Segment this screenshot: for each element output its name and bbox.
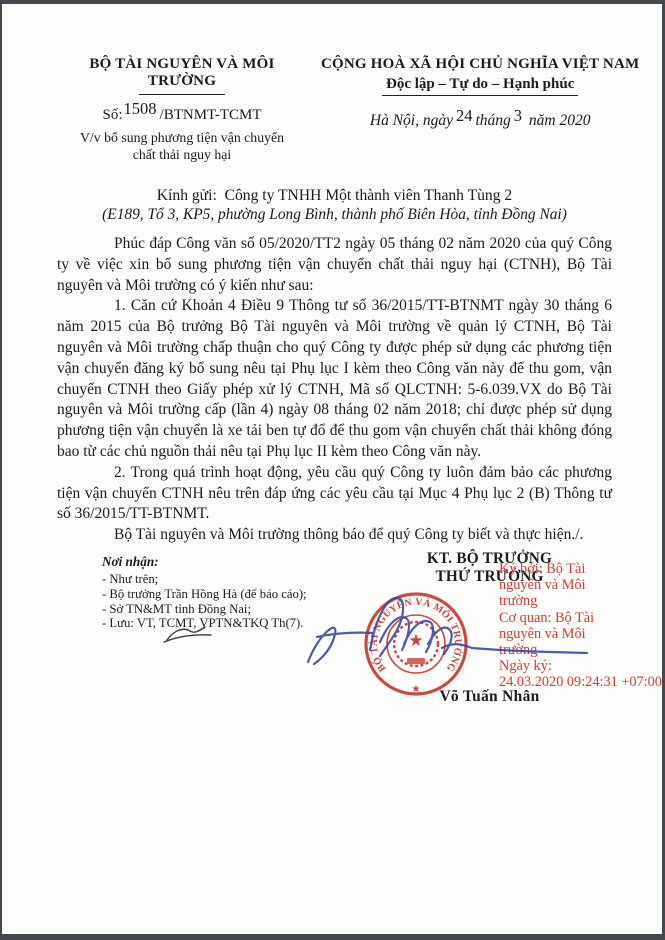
letter-footer: Nơi nhận: - Như trên; - Bộ trưởng Trần H… <box>57 550 612 802</box>
official-letter-page: BỘ TÀI NGUYÊN VÀ MÔI TRƯỜNG Số:1508/BTNM… <box>0 0 665 940</box>
date-month-label: tháng <box>475 112 510 129</box>
closing-main: Bộ Tài nguyên và Môi trường thông báo để… <box>114 526 513 543</box>
paragraph-closing: Bộ Tài nguyên và Môi trường thông báo để… <box>57 525 612 546</box>
subject-line-1: V/v bổ sung phương tiện vận chuyển <box>57 129 307 146</box>
paragraph-item-1: 1. Căn cứ Khoản 4 Điều 9 Thông tư số 36/… <box>57 296 612 462</box>
org-underline <box>139 94 225 95</box>
document-subject: V/v bổ sung phương tiện vận chuyển chất … <box>57 129 307 163</box>
recipients-list-item: - Bộ trưởng Trần Hồng Hà (để báo cáo); <box>102 587 307 602</box>
national-motto: Độc lập – Tự do – Hạnh phúc <box>321 76 639 93</box>
date-month-filled: 3 <box>511 106 525 125</box>
letterhead-national-block: CỘNG HOÀ XÃ HỘI CHỦ NGHĨA VIỆT NAM Độc l… <box>307 56 639 163</box>
recipient-address: (E189, Tổ 3, KP5, phường Long Bình, thàn… <box>57 205 612 224</box>
signature-tail <box>442 644 587 653</box>
letterhead: BỘ TÀI NGUYÊN VÀ MÔI TRƯỜNG Số:1508/BTNM… <box>57 56 612 163</box>
doc-no-label: Số: <box>103 107 123 123</box>
issuing-ministry-name: BỘ TÀI NGUYÊN VÀ MÔI TRƯỜNG <box>57 56 307 90</box>
recipient-block: Kính gửi: Công ty TNHH Một thành viên Th… <box>57 187 612 224</box>
date-year: năm 2020 <box>529 112 591 129</box>
recipients-list-item: - Sở TN&MT tỉnh Đồng Nai; <box>102 602 307 617</box>
doc-no-suffix: /BTNMT-TCMT <box>160 107 262 123</box>
closing-tail: thực hiện./. <box>513 526 583 543</box>
signature-loop-1 <box>370 598 403 656</box>
recipients-list-block: Nơi nhận: - Như trên; - Bộ trưởng Trần H… <box>102 554 307 631</box>
republic-title: CỘNG HOÀ XÃ HỘI CHỦ NGHĨA VIỆT NAM <box>321 56 639 73</box>
handwritten-signature <box>287 586 607 686</box>
place-date-line: Hà Nội, ngày24tháng3 năm 2020 <box>321 110 639 130</box>
recipient-line: Kính gửi: Công ty TNHH Một thành viên Th… <box>57 187 612 205</box>
document-number-line: Số:1508/BTNMT-TCMT <box>57 104 307 124</box>
approval-scribble <box>163 624 215 646</box>
signature-flourish <box>308 628 335 664</box>
letterhead-issuer-block: BỘ TÀI NGUYÊN VÀ MÔI TRƯỜNG Số:1508/BTNM… <box>57 56 307 163</box>
letter-body: Phúc đáp Công văn số 05/2020/TT2 ngày 05… <box>57 234 612 546</box>
date-day-filled: 24 <box>453 106 476 125</box>
recipients-list-label: Nơi nhận: <box>102 554 307 570</box>
subject-line-2: chất thải nguy hại <box>57 146 307 163</box>
date-prefix: Hà Nội, ngày <box>370 112 453 129</box>
paragraph-item-2: 2. Trong quá trình hoạt động, yêu cầu qu… <box>57 463 612 525</box>
recipients-list-item: - Như trên; <box>102 572 307 587</box>
paragraph-intro: Phúc đáp Công văn số 05/2020/TT2 ngày 05… <box>57 234 612 296</box>
doc-no-value: 1508 <box>124 99 157 118</box>
motto-underline <box>382 95 578 96</box>
